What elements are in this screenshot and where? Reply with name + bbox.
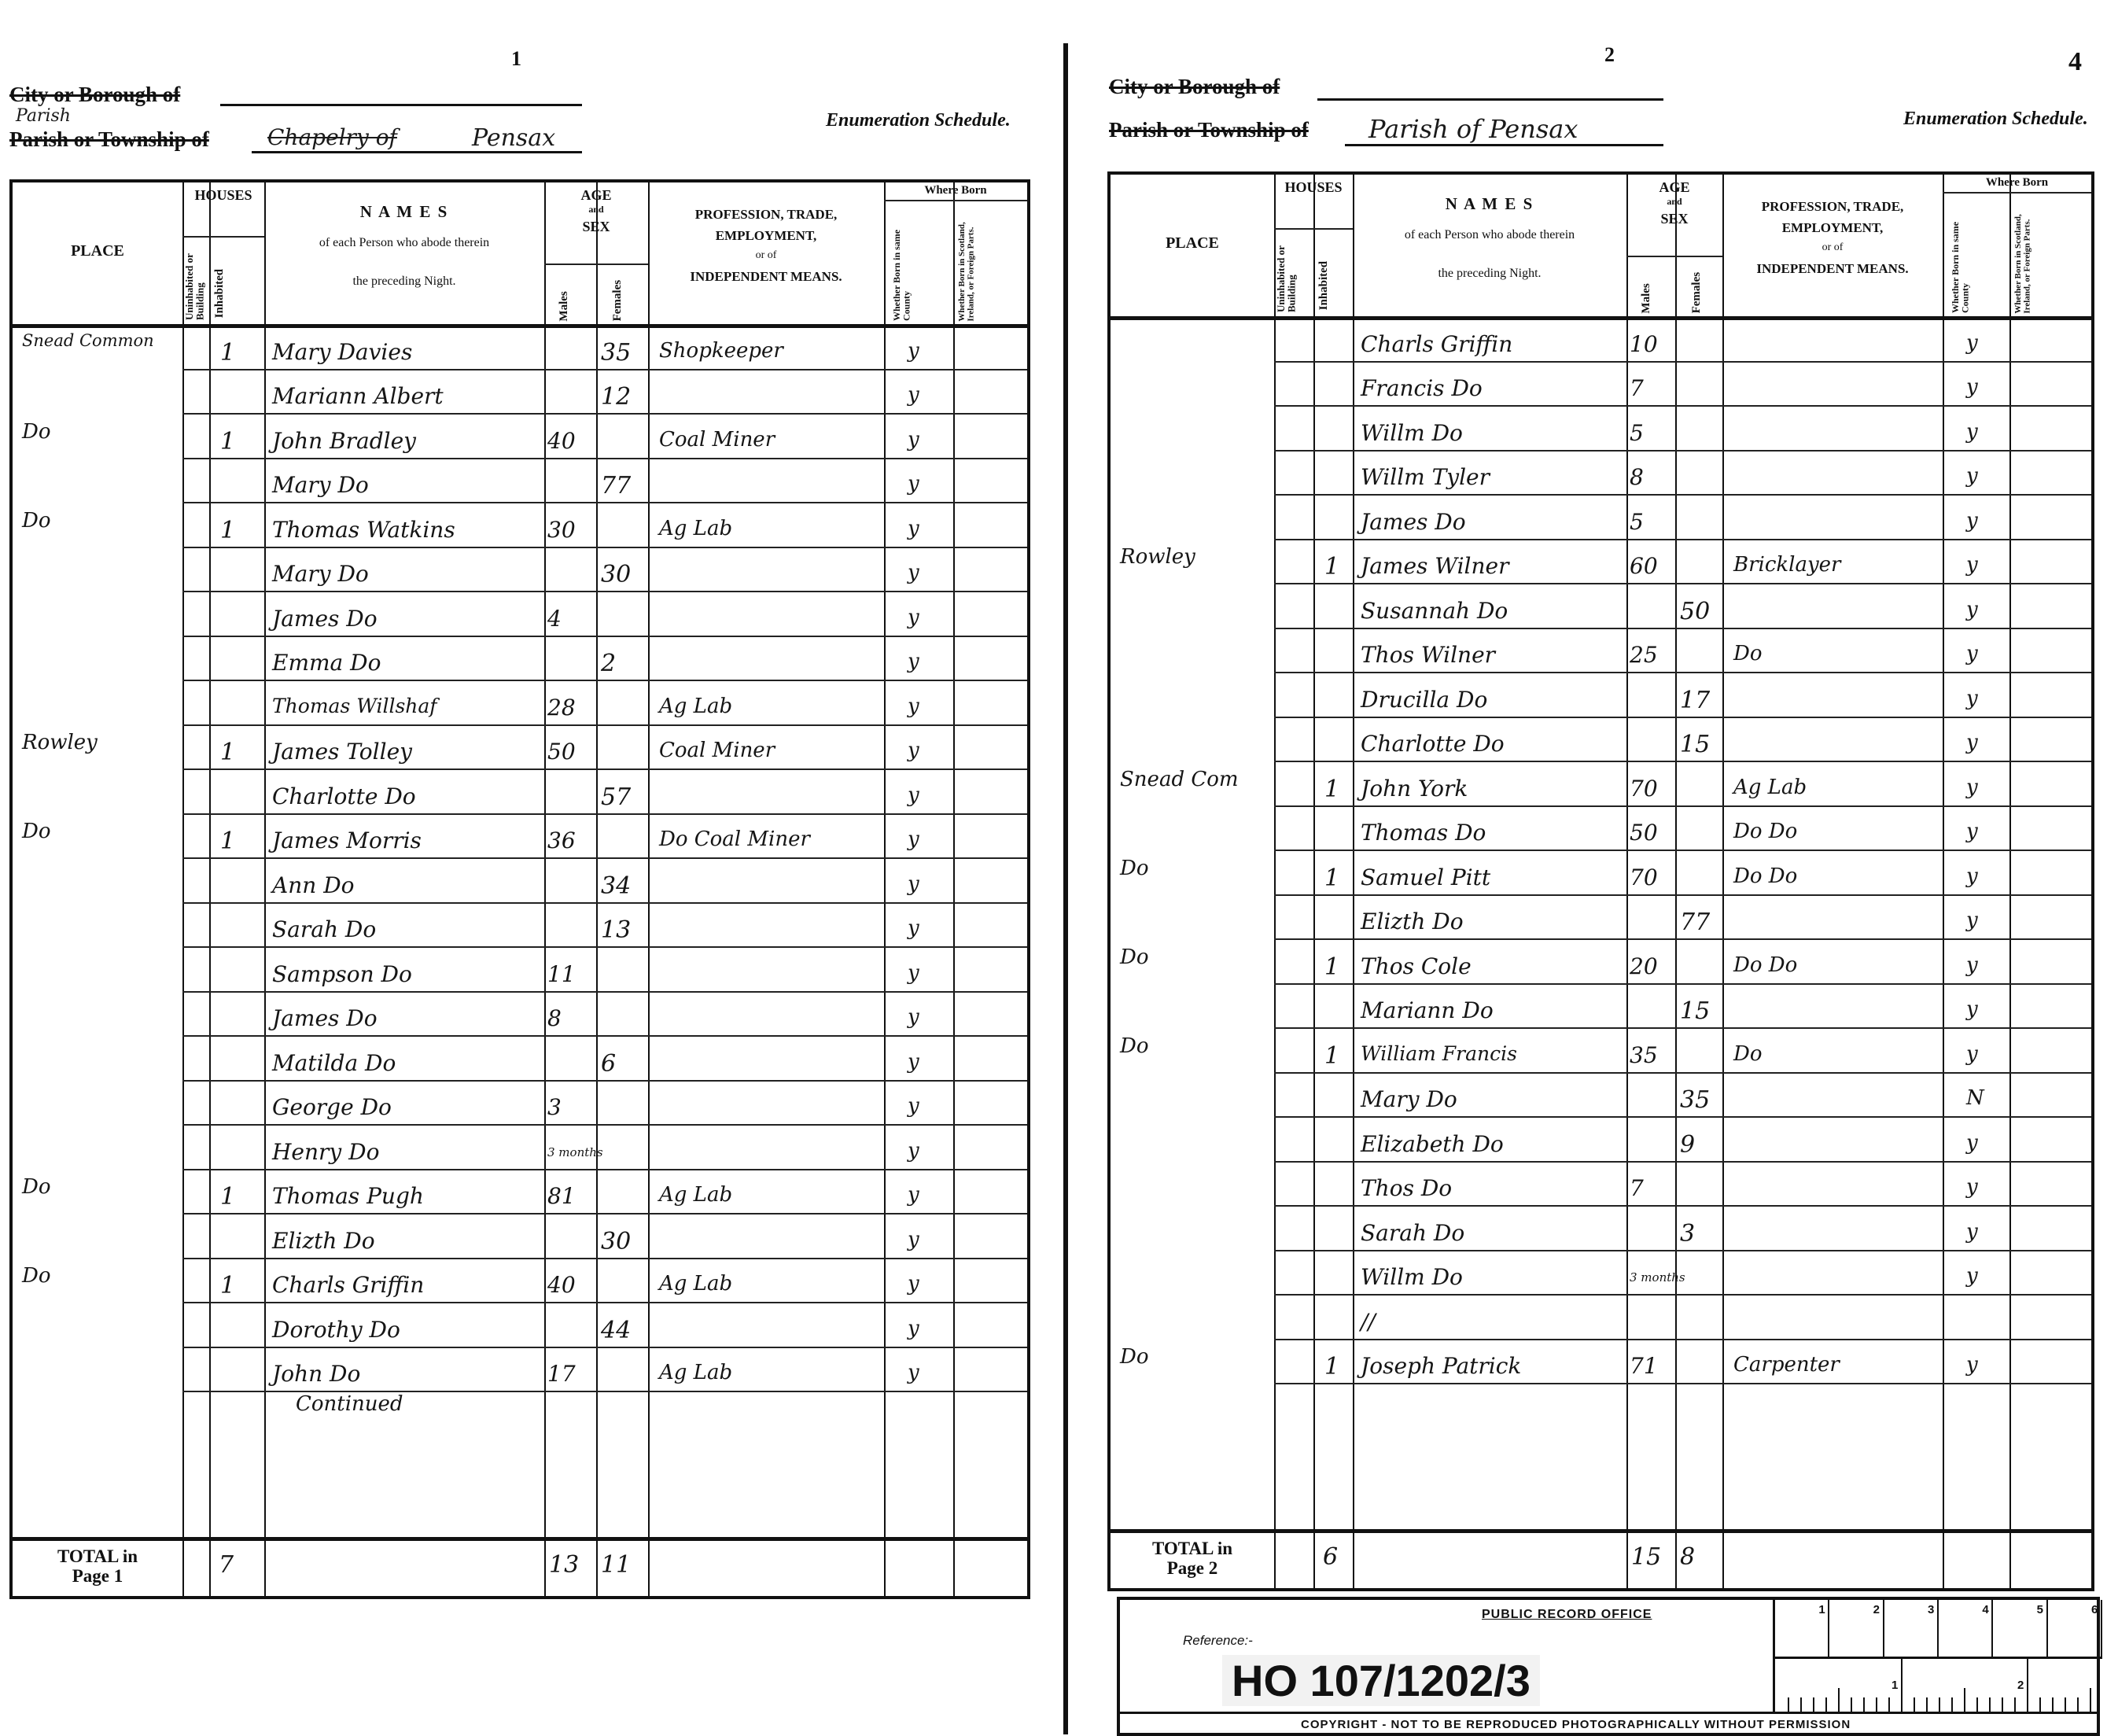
header-divider bbox=[1111, 316, 2091, 320]
inhabited-cell: 1 bbox=[220, 1272, 235, 1299]
inhabited-cell: 1 bbox=[220, 428, 235, 455]
census-row: Dorothy Do44y bbox=[13, 1308, 1027, 1353]
census-row: Sarah Do13y bbox=[13, 909, 1027, 953]
header-place: PLACE bbox=[13, 242, 182, 260]
scale-tick-major bbox=[2046, 1600, 2048, 1657]
inhabited-cell: 1 bbox=[220, 739, 235, 766]
census-row: Rowley1James Tolley50Coal Minery bbox=[13, 731, 1027, 776]
born-county-cell: y bbox=[1966, 553, 1978, 577]
scale-tick-minor bbox=[1838, 1688, 1840, 1712]
profession-cell: Ag Lab bbox=[1733, 776, 1807, 799]
header-profession-1: PROFESSION, TRADE, bbox=[648, 207, 884, 223]
scale-tick-minor bbox=[1964, 1688, 1965, 1712]
header-names-sub2: the preceding Night. bbox=[1353, 267, 1626, 281]
born-county-cell: y bbox=[908, 1005, 919, 1029]
scale-label: 2 bbox=[1873, 1603, 1880, 1616]
born-county-cell: y bbox=[1966, 375, 1978, 399]
scale-tick-minor bbox=[1976, 1697, 1978, 1712]
parish-township-label: Parish or Township of bbox=[9, 127, 209, 152]
total-divider bbox=[13, 1537, 1027, 1541]
name-cell: Sarah Do bbox=[272, 916, 376, 942]
census-row: Mariann Do15y bbox=[1111, 990, 2091, 1034]
name-cell: Thomas Pugh bbox=[272, 1183, 424, 1209]
census-row: Elizabeth Do9y bbox=[1111, 1122, 2091, 1167]
scale-tick-major bbox=[2101, 1600, 2102, 1657]
header-names-sub2: the preceding Night. bbox=[264, 275, 544, 289]
born-county-cell: y bbox=[1966, 1264, 1978, 1288]
place-cell: Snead Common bbox=[22, 331, 154, 350]
females-age-cell: 15 bbox=[1680, 997, 1710, 1025]
name-cell: Mariann Albert bbox=[272, 383, 444, 409]
census-row: Do1Joseph Patrick71Carpentery bbox=[1111, 1345, 2091, 1390]
place-cell: Do bbox=[22, 1264, 51, 1288]
scale-label: 1 bbox=[1892, 1679, 1898, 1692]
total-in-label: TOTAL in bbox=[1118, 1539, 1266, 1558]
inhabited-cell: 1 bbox=[1324, 1353, 1339, 1380]
scale-label: 3 bbox=[1928, 1603, 1934, 1616]
scale-tick-minor bbox=[2014, 1697, 2016, 1712]
scale-tick-major bbox=[1991, 1600, 1993, 1657]
city-borough-label: City or Borough of bbox=[1109, 75, 1280, 99]
city-borough-label: City or Borough of bbox=[9, 83, 180, 107]
males-age-cell: 35 bbox=[1630, 1042, 1658, 1068]
header-males: Males bbox=[1641, 268, 1659, 314]
census-row: Thomas Do50Do Doy bbox=[1111, 812, 2091, 857]
header-where-born: Where Born bbox=[884, 184, 1027, 197]
born-county-cell: y bbox=[908, 383, 919, 407]
born-county-cell: y bbox=[908, 606, 919, 629]
born-county-cell: y bbox=[908, 695, 919, 718]
census-row: Do1Thos Cole20Do Doy bbox=[1111, 945, 2091, 990]
place-cell: Do bbox=[22, 509, 51, 533]
females-age-cell: 35 bbox=[1680, 1086, 1710, 1114]
name-cell: James Do bbox=[272, 1005, 378, 1031]
census-row: Mary Do77y bbox=[13, 464, 1027, 509]
header-profession-1: PROFESSION, TRADE, bbox=[1722, 199, 1943, 215]
census-row: James Do5y bbox=[1111, 500, 2091, 545]
census-row: Willm Do5y bbox=[1111, 411, 2091, 456]
profession-cell: Do Do bbox=[1733, 864, 1797, 888]
header-profession-3: or of bbox=[648, 249, 884, 262]
born-county-cell: y bbox=[908, 1361, 919, 1384]
name-cell: Thomas Do bbox=[1361, 820, 1486, 846]
header-houses: HOUSES bbox=[182, 187, 264, 204]
name-cell: Henry Do bbox=[272, 1139, 379, 1165]
place-cell: Do bbox=[22, 820, 51, 843]
males-age-cell: 20 bbox=[1630, 953, 1658, 979]
females-age-cell: 50 bbox=[1680, 598, 1710, 625]
header-sex: SEX bbox=[544, 219, 648, 235]
name-cell: Mary Do bbox=[1361, 1086, 1457, 1112]
houses-subdivider bbox=[182, 236, 264, 238]
males-age-cell: 11 bbox=[547, 961, 576, 987]
born-county-cell: y bbox=[908, 827, 919, 851]
census-row: George Do3y bbox=[13, 1086, 1027, 1131]
census-row: Do1Samuel Pitt70Do Doy bbox=[1111, 856, 2091, 901]
header-born-county: Whether Born in same County bbox=[1950, 200, 2005, 313]
inhabited-cell: 1 bbox=[220, 517, 235, 544]
name-cell: Charlotte Do bbox=[272, 783, 416, 809]
census-row: Charls Griffin10y bbox=[1111, 323, 2091, 367]
census-row: Willm Do3 monthsy bbox=[1111, 1256, 2091, 1301]
census-row: Drucilla Do17y bbox=[1111, 678, 2091, 723]
total-label: TOTAL inPage 2 bbox=[1118, 1539, 1266, 1579]
born-county-cell: y bbox=[908, 916, 919, 940]
females-age-cell: 6 bbox=[601, 1050, 616, 1078]
page-number: 2 bbox=[1604, 43, 1615, 67]
males-age-cell: 8 bbox=[547, 1005, 562, 1031]
profession-cell: Ag Lab bbox=[659, 1361, 732, 1384]
females-age-cell: 77 bbox=[1680, 909, 1710, 936]
census-row: Ann Do34y bbox=[13, 864, 1027, 909]
males-age-cell: 17 bbox=[547, 1361, 576, 1387]
header-houses: HOUSES bbox=[1274, 179, 1353, 196]
census-row: Sampson Do11y bbox=[13, 953, 1027, 997]
born-county-cell: y bbox=[1966, 997, 1978, 1021]
males-age-cell: 7 bbox=[1630, 1175, 1644, 1201]
header-inhabited: Inhabited bbox=[1318, 242, 1350, 310]
header-place: PLACE bbox=[1111, 234, 1274, 252]
name-cell: Mariann Do bbox=[1361, 997, 1494, 1023]
name-cell: James Tolley bbox=[272, 739, 412, 765]
scale-tick-minor bbox=[1788, 1697, 1789, 1712]
scale-tick-minor bbox=[2027, 1688, 2028, 1712]
name-cell: Joseph Patrick bbox=[1361, 1353, 1521, 1379]
name-cell: Thos Cole bbox=[1361, 953, 1472, 979]
females-age-cell: 13 bbox=[601, 916, 631, 944]
census-row: Mariann Albert12y bbox=[13, 375, 1027, 420]
scale-tick-minor bbox=[1863, 1697, 1865, 1712]
scale-label: 6 bbox=[2091, 1603, 2098, 1616]
males-age-cell: 50 bbox=[1630, 820, 1658, 846]
profession-cell: Do Coal Miner bbox=[659, 827, 810, 851]
scale-tick-major bbox=[1828, 1600, 1829, 1657]
header-profession-2: EMPLOYMENT, bbox=[648, 228, 884, 244]
born-county-cell: y bbox=[1966, 820, 1978, 843]
census-row: John Do17Ag Laby bbox=[13, 1353, 1027, 1398]
place-cell: Snead Com bbox=[1120, 768, 1239, 791]
census-table: PLACEHOUSESUninhabited or BuildingInhabi… bbox=[9, 179, 1030, 1599]
header-uninhabited: Uninhabited or Building bbox=[1276, 234, 1312, 312]
census-row: Charlotte Do57y bbox=[13, 775, 1027, 820]
census-row: Elizth Do77y bbox=[1111, 901, 2091, 945]
scale-tick-minor bbox=[1813, 1697, 1814, 1712]
total-inhabited: 7 bbox=[219, 1551, 234, 1579]
inhabited-cell: 1 bbox=[220, 339, 235, 367]
inhabited-cell: 1 bbox=[1324, 776, 1339, 803]
page-number: 1 bbox=[511, 47, 521, 71]
scale-tick-major bbox=[1937, 1600, 1939, 1657]
profession-cell: Ag Lab bbox=[659, 695, 732, 718]
census-row: Do1Thomas Watkins30Ag Laby bbox=[13, 508, 1027, 553]
scale-label: 5 bbox=[2037, 1603, 2043, 1616]
scale-divider bbox=[1775, 1657, 2102, 1659]
census-row: Thos Do7y bbox=[1111, 1167, 2091, 1212]
scale-tick-minor bbox=[2090, 1688, 2091, 1712]
sheet-number: 4 bbox=[2068, 47, 2082, 77]
profession-cell: Do Do bbox=[1733, 820, 1797, 843]
total-in-label: TOTAL in bbox=[20, 1546, 175, 1566]
name-cell: // bbox=[1361, 1309, 1376, 1335]
scale-tick-minor bbox=[2077, 1697, 2079, 1712]
inhabited-cell: 1 bbox=[1324, 953, 1339, 981]
census-table: PLACEHOUSESUninhabited or BuildingInhabi… bbox=[1107, 171, 2094, 1591]
inhabited-cell: 1 bbox=[1324, 864, 1339, 892]
city-borough-field bbox=[1317, 98, 1663, 101]
place-cell: Do bbox=[22, 1175, 51, 1199]
born-county-cell: y bbox=[908, 961, 919, 985]
born-county-cell: y bbox=[1966, 1042, 1978, 1066]
females-age-cell: 30 bbox=[601, 561, 631, 588]
stamp-divider bbox=[1120, 1712, 2097, 1714]
header-profession-3: or of bbox=[1722, 241, 1943, 254]
continued-note: Continued bbox=[296, 1392, 403, 1416]
name-cell: Samuel Pitt bbox=[1361, 864, 1490, 890]
born-county-cell: y bbox=[908, 472, 919, 496]
males-age-cell: 70 bbox=[1630, 776, 1658, 802]
census-row: Henry Do3 monthsy bbox=[13, 1130, 1027, 1175]
total-females: 8 bbox=[1680, 1543, 1695, 1571]
scale-tick-minor bbox=[1800, 1697, 1802, 1712]
profession-cell: Ag Lab bbox=[659, 1272, 732, 1296]
name-cell: John York bbox=[1361, 776, 1468, 802]
houses-subdivider bbox=[1274, 228, 1353, 230]
census-row: James Do8y bbox=[13, 997, 1027, 1042]
parish-handwritten-prefix: Parish bbox=[16, 106, 71, 126]
name-cell: Matilda Do bbox=[272, 1050, 396, 1076]
born-county-cell: y bbox=[908, 739, 919, 762]
name-cell: Charls Griffin bbox=[1361, 331, 1512, 357]
census-row: Susannah Do50y bbox=[1111, 589, 2091, 634]
scale-tick-minor bbox=[1951, 1697, 1953, 1712]
census-row: Elizth Do30y bbox=[13, 1219, 1027, 1264]
header-born-county: Whether Born in same County bbox=[892, 208, 949, 321]
females-age-cell: 12 bbox=[601, 383, 631, 411]
total-males: 15 bbox=[1631, 1543, 1661, 1571]
place-cell: Do bbox=[1120, 1034, 1149, 1058]
born-county-cell: y bbox=[1966, 1175, 1978, 1199]
scale-tick-minor bbox=[1939, 1697, 1940, 1712]
name-cell: Willm Do bbox=[1361, 1264, 1463, 1290]
males-age-cell: 40 bbox=[547, 1272, 576, 1298]
scale-tick-minor bbox=[1851, 1697, 1852, 1712]
header-age: AGE bbox=[544, 187, 648, 204]
header-uninhabited: Uninhabited or Building bbox=[184, 242, 208, 320]
header-females: Females bbox=[1691, 260, 1710, 313]
total-inhabited: 6 bbox=[1323, 1543, 1338, 1571]
males-age-cell: 3 months bbox=[1630, 1270, 1685, 1284]
census-row: Mary Do30y bbox=[13, 553, 1027, 598]
header-names-sub1: of each Person who abode therein bbox=[1353, 228, 1626, 242]
females-age-cell: 15 bbox=[1680, 731, 1710, 758]
profession-cell: Ag Lab bbox=[659, 1183, 732, 1207]
inhabited-cell: 1 bbox=[1324, 1042, 1339, 1070]
name-cell: William Francis bbox=[1361, 1042, 1517, 1065]
header-sex: SEX bbox=[1626, 211, 1722, 227]
whereborn-subdivider bbox=[1943, 192, 2091, 194]
total-divider bbox=[1111, 1529, 2091, 1533]
header-divider bbox=[13, 324, 1027, 328]
parish-handwritten-name: Parish of Pensax bbox=[1368, 114, 1578, 144]
census-page-1: 1 City or Borough of Parish Parish or To… bbox=[0, 0, 1054, 1736]
name-cell: James Do bbox=[1361, 509, 1466, 535]
name-cell: Thomas Watkins bbox=[272, 517, 455, 543]
females-age-cell: 3 bbox=[1680, 1220, 1695, 1248]
males-age-cell: 4 bbox=[547, 606, 562, 632]
born-county-cell: y bbox=[1966, 776, 1978, 799]
males-age-cell: 3 months bbox=[547, 1145, 603, 1159]
name-cell: Thos Do bbox=[1361, 1175, 1452, 1201]
born-county-cell: y bbox=[1966, 464, 1978, 488]
scale-tick-minor bbox=[1926, 1697, 1928, 1712]
parish-field bbox=[1345, 144, 1663, 146]
total-page-label: Page 1 bbox=[20, 1566, 175, 1586]
header-where-born: Where Born bbox=[1943, 176, 2091, 190]
males-age-cell: 50 bbox=[547, 739, 576, 765]
profession-cell: Shopkeeper bbox=[659, 339, 783, 363]
females-age-cell: 77 bbox=[601, 472, 631, 499]
born-county-cell: y bbox=[908, 1050, 919, 1074]
name-cell: John Bradley bbox=[272, 428, 416, 454]
census-row: // bbox=[1111, 1300, 2091, 1345]
name-cell: George Do bbox=[272, 1094, 392, 1120]
born-county-cell: y bbox=[908, 1094, 919, 1118]
census-row: Emma Do2y bbox=[13, 642, 1027, 687]
header-profession-4: INDEPENDENT MEANS. bbox=[648, 269, 884, 285]
stamp-office-name: PUBLIC RECORD OFFICE bbox=[1482, 1608, 1652, 1622]
whereborn-subdivider bbox=[884, 200, 1027, 201]
born-county-cell: y bbox=[1966, 1353, 1978, 1377]
name-cell: Elizabeth Do bbox=[1361, 1131, 1504, 1157]
males-age-cell: 36 bbox=[547, 827, 576, 853]
born-county-cell: N bbox=[1966, 1086, 1984, 1110]
measurement-scale: 12345612 bbox=[1773, 1600, 2102, 1712]
header-males: Males bbox=[558, 276, 577, 322]
name-cell: James Do bbox=[272, 606, 378, 632]
males-age-cell: 40 bbox=[547, 428, 576, 454]
inhabited-cell: 1 bbox=[220, 1183, 235, 1211]
stamp-reference-code: HO 107/1202/3 bbox=[1222, 1655, 1540, 1706]
header-born-foreign: Whether Born in Scotland, Ireland, or Fo… bbox=[958, 205, 1024, 322]
header-inhabited: Inhabited bbox=[214, 250, 261, 318]
scale-label: 2 bbox=[2017, 1679, 2024, 1692]
age-subdivider bbox=[544, 264, 648, 265]
males-age-cell: 7 bbox=[1630, 375, 1644, 401]
males-age-cell: 28 bbox=[547, 695, 576, 721]
males-age-cell: 3 bbox=[547, 1094, 562, 1120]
place-cell: Do bbox=[1120, 857, 1149, 880]
scale-tick-minor bbox=[1825, 1697, 1827, 1712]
males-age-cell: 5 bbox=[1630, 509, 1644, 535]
parish-handwritten-struck: Chapelry of bbox=[267, 124, 397, 150]
scale-tick-minor bbox=[1901, 1688, 1903, 1712]
parish-handwritten-name: Pensax bbox=[472, 124, 555, 152]
age-subdivider bbox=[1626, 256, 1722, 257]
census-page-2: 2 4 City or Borough of Parish or Townshi… bbox=[1054, 0, 2107, 1736]
profession-cell: Carpenter bbox=[1733, 1353, 1840, 1377]
profession-cell: Coal Miner bbox=[659, 739, 775, 762]
females-age-cell: 2 bbox=[601, 650, 616, 677]
scale-tick-minor bbox=[2002, 1697, 2003, 1712]
header-names: N A M E S bbox=[264, 202, 544, 221]
total-females: 11 bbox=[601, 1551, 631, 1579]
header-age: AGE bbox=[1626, 179, 1722, 196]
stamp-reference-label: Reference:- bbox=[1183, 1633, 1253, 1649]
scale-label: 4 bbox=[1982, 1603, 1988, 1616]
census-row: Charlotte Do15y bbox=[1111, 723, 2091, 768]
born-county-cell: y bbox=[1966, 1131, 1978, 1155]
born-county-cell: y bbox=[1966, 598, 1978, 621]
name-cell: Thos Wilner bbox=[1361, 642, 1495, 668]
profession-cell: Coal Miner bbox=[659, 428, 775, 452]
header-females: Females bbox=[612, 267, 631, 321]
born-county-cell: y bbox=[908, 517, 919, 540]
females-age-cell: 44 bbox=[601, 1317, 631, 1344]
males-age-cell: 8 bbox=[1630, 464, 1644, 490]
males-age-cell: 10 bbox=[1630, 331, 1658, 357]
born-county-cell: y bbox=[1966, 864, 1978, 888]
header-profession-2: EMPLOYMENT, bbox=[1722, 220, 1943, 236]
females-age-cell: 35 bbox=[601, 339, 631, 367]
scale-tick-minor bbox=[2065, 1697, 2066, 1712]
name-cell: Sampson Do bbox=[272, 961, 412, 987]
scale-tick-minor bbox=[1914, 1697, 1915, 1712]
males-age-cell: 81 bbox=[547, 1183, 576, 1209]
scale-tick-minor bbox=[2039, 1697, 2041, 1712]
total-label: TOTAL inPage 1 bbox=[20, 1546, 175, 1587]
name-cell: Willm Do bbox=[1361, 420, 1463, 446]
name-cell: Charls Griffin bbox=[272, 1272, 424, 1298]
born-county-cell: y bbox=[908, 1183, 919, 1207]
place-cell: Rowley bbox=[1120, 545, 1195, 569]
reference-stamp: PUBLIC RECORD OFFICE Reference:- HO 107/… bbox=[1117, 1597, 2100, 1736]
females-age-cell: 34 bbox=[601, 872, 631, 900]
males-age-cell: 71 bbox=[1630, 1353, 1658, 1379]
header-profession-4: INDEPENDENT MEANS. bbox=[1722, 261, 1943, 277]
schedule-title: Enumeration Schedule. bbox=[826, 110, 1011, 131]
born-county-cell: y bbox=[908, 1272, 919, 1296]
total-page-label: Page 2 bbox=[1118, 1558, 1266, 1578]
stamp-copyright: COPYRIGHT - NOT TO BE REPRODUCED PHOTOGR… bbox=[1301, 1718, 1851, 1731]
females-age-cell: 17 bbox=[1680, 687, 1710, 714]
census-row: Matilda Do6y bbox=[13, 1041, 1027, 1086]
header-born-foreign: Whether Born in Scotland, Ireland, or Fo… bbox=[2014, 197, 2088, 314]
born-county-cell: y bbox=[1966, 642, 1978, 665]
scale-tick-minor bbox=[1989, 1697, 1991, 1712]
name-cell: Charlotte Do bbox=[1361, 731, 1505, 757]
scale-tick-major bbox=[1883, 1600, 1884, 1657]
name-cell: Drucilla Do bbox=[1361, 687, 1487, 713]
census-row: Mary Do35N bbox=[1111, 1078, 2091, 1123]
census-row: James Do4y bbox=[13, 597, 1027, 642]
total-males: 13 bbox=[549, 1551, 579, 1579]
born-county-cell: y bbox=[1966, 909, 1978, 932]
inhabited-cell: 1 bbox=[1324, 553, 1339, 581]
born-county-cell: y bbox=[908, 872, 919, 896]
census-row: Do1Charls Griffin40Ag Laby bbox=[13, 1264, 1027, 1309]
profession-cell: Do bbox=[1733, 1042, 1763, 1066]
profession-cell: Bricklayer bbox=[1733, 553, 1841, 577]
name-cell: Mary Davies bbox=[272, 339, 412, 365]
census-row: Do1John Bradley40Coal Minery bbox=[13, 419, 1027, 464]
males-age-cell: 25 bbox=[1630, 642, 1658, 668]
place-cell: Do bbox=[22, 420, 51, 444]
name-cell: Dorothy Do bbox=[272, 1317, 400, 1343]
header-age-and: and bbox=[544, 205, 648, 216]
name-cell: Sarah Do bbox=[1361, 1220, 1464, 1246]
males-age-cell: 60 bbox=[1630, 553, 1658, 579]
born-county-cell: y bbox=[908, 561, 919, 584]
